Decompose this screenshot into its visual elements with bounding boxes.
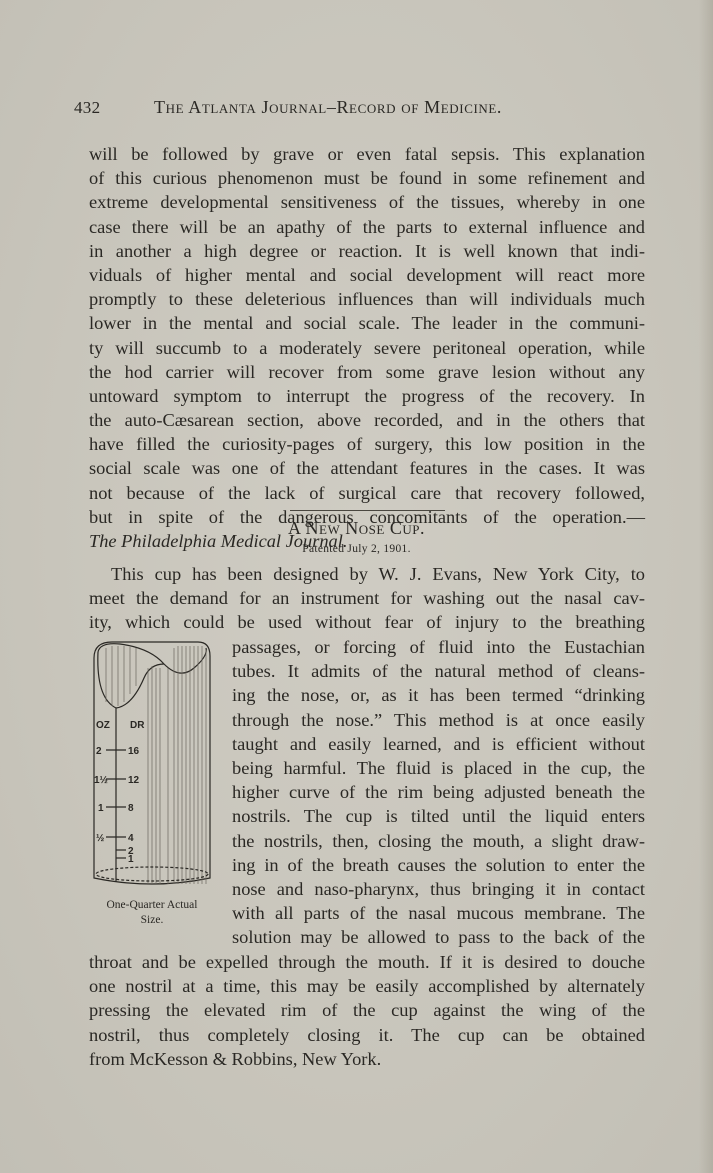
text-line: being harmful. The fluid is placed in th… [232, 756, 645, 780]
svg-text:4: 4 [128, 833, 134, 844]
text-line: with all parts of the nasal mucous membr… [232, 901, 645, 925]
caption-line: One-Quarter Actual [82, 898, 222, 913]
text-line: tubes. It admits of the natural method o… [232, 659, 645, 683]
text-line: the hod carrier will recover from some g… [89, 360, 645, 384]
text-line: ty will succumb to a moderately severe p… [89, 336, 645, 360]
svg-text:16: 16 [128, 746, 140, 757]
text-line: the auto-Cæsarean section, above recorde… [89, 408, 645, 432]
nose-cup-illustration: OZ DR 216 1½12 18 ½4 2 1 [90, 638, 216, 888]
text-line: pressing the elevated rim of the cup aga… [89, 998, 645, 1022]
scale-header-dr: DR [130, 720, 145, 731]
section-divider [290, 510, 445, 511]
continued-article-body: will be followed by grave or even fatal … [89, 142, 645, 553]
text-line: throat and be expelled through the mouth… [89, 950, 645, 974]
text-line: This cup has been designed by W. J. Evan… [89, 562, 645, 586]
text-line: have filled the curiosity-pages of surge… [89, 432, 645, 456]
svg-text:1: 1 [98, 803, 104, 814]
text-line: higher curve of the rim being adjusted b… [232, 780, 645, 804]
text-line: will be followed by grave or even fatal … [89, 142, 645, 166]
figure-caption: One-Quarter Actual Size. [82, 898, 222, 928]
svg-text:1½: 1½ [94, 775, 108, 786]
scale-header-oz: OZ [96, 720, 110, 731]
text-line: ing in of the breath causes the solution… [232, 853, 645, 877]
running-head: 432 The Atlanta Journal–Record of Medici… [74, 97, 654, 118]
text-line: nostril, thus completely closing it. The… [89, 1023, 645, 1047]
svg-text:½: ½ [96, 833, 104, 844]
svg-text:2: 2 [96, 746, 102, 757]
page-number: 432 [74, 98, 124, 118]
text-line: case there will be an apathy of the part… [89, 215, 645, 239]
text-line: of this curious phenomenon must be found… [89, 166, 645, 190]
text-line: from McKesson & Robbins, New York. [89, 1047, 645, 1071]
article-wrapped-text: passages, or forcing of fluid into the E… [232, 635, 645, 949]
svg-text:12: 12 [128, 775, 140, 786]
article-subtitle: Patented July 2, 1901. [0, 543, 713, 555]
text-line: nostrils. The cup is tilted until the li… [232, 804, 645, 828]
text-line: through the nose.” This method is at onc… [232, 708, 645, 732]
text-line: extreme developmental sensitiveness of t… [89, 190, 645, 214]
text-line: taught and easily learned, and is effici… [232, 732, 645, 756]
text-line: passages, or forcing of fluid into the E… [232, 635, 645, 659]
text-line: untoward symptom to interrupt the progre… [89, 384, 645, 408]
nose-cup-drawing: OZ DR 216 1½12 18 ½4 2 1 [90, 638, 216, 888]
scanned-page: 432 The Atlanta Journal–Record of Medici… [0, 0, 713, 1173]
text-line: in another a high degree or reaction. It… [89, 239, 645, 263]
text-line: one nostril at a time, this may be easil… [89, 974, 645, 998]
svg-text:8: 8 [128, 803, 134, 814]
text-line: lower in the mental and social scale. Th… [89, 311, 645, 335]
text-line: promptly to these deleterious influences… [89, 287, 645, 311]
text-line: solution may be allowed to pass to the b… [232, 925, 645, 949]
text-line: not because of the lack of surgical care… [89, 481, 645, 505]
article-closing: throat and be expelled through the mouth… [89, 950, 645, 1071]
text-line: ity, which could be used without fear of… [89, 610, 645, 634]
caption-line: Size. [82, 913, 222, 928]
text-line: ing the nose, or, as it has been termed … [232, 683, 645, 707]
article-title: A New Nose Cup. [0, 518, 713, 539]
text-line: meet the demand for an instrument for wa… [89, 586, 645, 610]
text-line: social scale was one of the attendant fe… [89, 456, 645, 480]
text-line: viduals of higher mental and social deve… [89, 263, 645, 287]
svg-text:1: 1 [128, 854, 134, 865]
text-line: the nostrils, then, closing the mouth, a… [232, 829, 645, 853]
text-line: nose and naso-pharynx, thus bringing it … [232, 877, 645, 901]
journal-title: The Atlanta Journal–Record of Medicine. [154, 97, 502, 118]
article-intro: This cup has been designed by W. J. Evan… [89, 562, 645, 635]
